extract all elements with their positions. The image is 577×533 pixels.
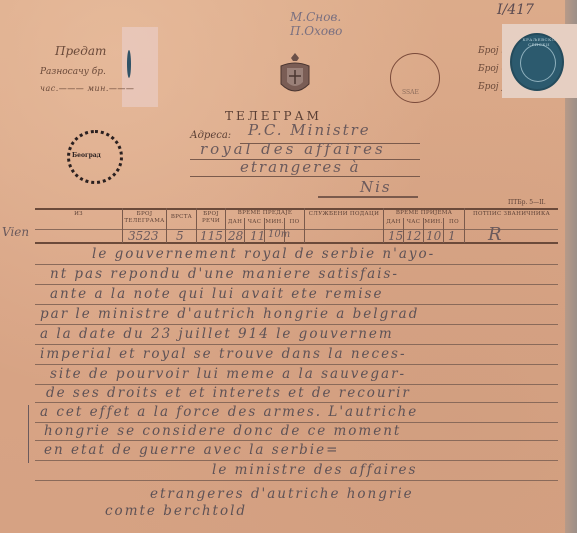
message-line-13: etrangeres d'autriche hongrie <box>150 486 414 502</box>
address-line-4 <box>318 196 418 198</box>
address-text-3: etrangeres à <box>240 158 361 176</box>
header-vrsta: ВРСТА <box>167 214 196 221</box>
message-rule <box>35 284 558 285</box>
address-text-2: royal des affaires <box>200 140 386 158</box>
message-line-6: imperial et royal se trouve dans la nece… <box>40 346 407 362</box>
raznosacu-label: Разносачу бр. <box>40 67 106 77</box>
message-line-12: le ministre des affaires <box>212 462 417 478</box>
message-line-4: par le ministre d'autrich hongrie a belg… <box>40 306 419 322</box>
message-line-9: a cet effet a la force des armes. L'autr… <box>40 404 418 420</box>
message-rule <box>35 402 558 403</box>
cell-predaje-dan: 28 <box>228 229 243 243</box>
cell-prijema-cas: 12 <box>406 229 421 243</box>
message-rule <box>35 324 558 325</box>
seal-text: КРАЉЕВСКО СРПСКИ <box>512 37 566 47</box>
message-line-11: en etat de guerre avec la serbie= <box>44 442 339 458</box>
header-prijema-min: МИН. <box>424 219 443 226</box>
header-prijema-po: ПО <box>444 219 464 226</box>
cell-prijema-min: 10 <box>426 229 441 243</box>
table-header-divider <box>35 229 558 230</box>
address-text-4: Nis <box>360 178 392 196</box>
cell-predaje-min: 10m <box>268 229 290 240</box>
header-vreme-predaje: ВРЕМЕ ПРЕДАЈЕ <box>226 210 304 217</box>
form-code: ПТБр. 5—II. <box>508 199 546 206</box>
message-rule <box>35 264 558 265</box>
header-predaje-dan: ДАН <box>226 219 244 226</box>
message-line-7: site de pourvoir lui meme a la sauvegar- <box>50 366 406 382</box>
message-rule <box>35 460 558 461</box>
message-rule <box>35 344 558 345</box>
header-iz: ИЗ <box>35 211 122 218</box>
archive-note: М.Снов. П.Охово <box>290 10 342 38</box>
archive-reference: I/417 <box>497 2 534 18</box>
table-bottom-border <box>35 242 558 244</box>
postmark-text: SSAE <box>402 89 419 96</box>
cell-broj-telegrama: 3523 <box>128 229 159 243</box>
cell-broj-reci: 115 <box>200 229 223 243</box>
address-line-3 <box>190 176 420 177</box>
header-potpis: ПОТПИС ЗВАНИЧНИКА <box>465 211 558 218</box>
message-rule <box>35 364 558 365</box>
header-prijema-dan: ДАН <box>384 219 403 226</box>
message-line-10: hongrie se considere donc de ce moment <box>44 423 401 439</box>
seal-inner-ring <box>520 44 556 82</box>
margin-signature <box>28 405 37 463</box>
header-sluzbeni-podaci: СЛУЖБЕНИ ПОДАЦИ <box>305 211 383 218</box>
message-line-5: a la date du 23 juillet 914 le gouvernem <box>40 326 394 342</box>
ink-mark <box>127 50 131 78</box>
message-line-14: comte berchtold <box>105 503 247 519</box>
cell-predaje-cas: 11 <box>250 229 265 243</box>
message-line-8: de ses droits et et interets et de recou… <box>46 385 411 401</box>
message-line-1: le gouvernement royal de serbie n'ayo- <box>92 246 435 262</box>
coat-of-arms-icon <box>275 52 315 102</box>
cell-prijema-dan: 15 <box>388 229 403 243</box>
message-rule <box>35 304 558 305</box>
header-predaje-min: МИН. <box>265 219 284 226</box>
message-line-3: ante a la note qui lui avait ete remise <box>50 286 383 302</box>
header-broj-reci: БРОЈ РЕЧИ <box>197 211 225 225</box>
header-prijema-cas: ЧАС <box>404 219 423 226</box>
cell-prijema-po: 1 <box>448 229 456 243</box>
royal-serbian-seal: КРАЉЕВСКО СРПСКИ <box>510 33 564 91</box>
cell-vrsta: 5 <box>176 229 184 243</box>
message-rule <box>35 480 558 481</box>
header-predaje-po: ПО <box>285 219 304 226</box>
message-line-2: nt pas repondu d'une maniere satisfais- <box>50 266 399 282</box>
address-text-1: P.C. Ministre <box>248 121 371 139</box>
message-rule <box>35 440 558 441</box>
cell-potpis: R <box>488 224 502 245</box>
cell-iz: Vien <box>2 225 29 239</box>
header-broj-telegrama: БРОЈ ТЕЛЕГРАМА <box>123 211 166 225</box>
black-postmark-text: Београд <box>72 152 101 159</box>
cas-min-label: час.——— мин.——— <box>40 84 134 93</box>
header-vreme-prijema: ВРЕМЕ ПРИЈЕМА <box>384 210 464 217</box>
header-predaje-cas: ЧАС <box>245 219 264 226</box>
predat-label: Предат <box>55 44 106 58</box>
